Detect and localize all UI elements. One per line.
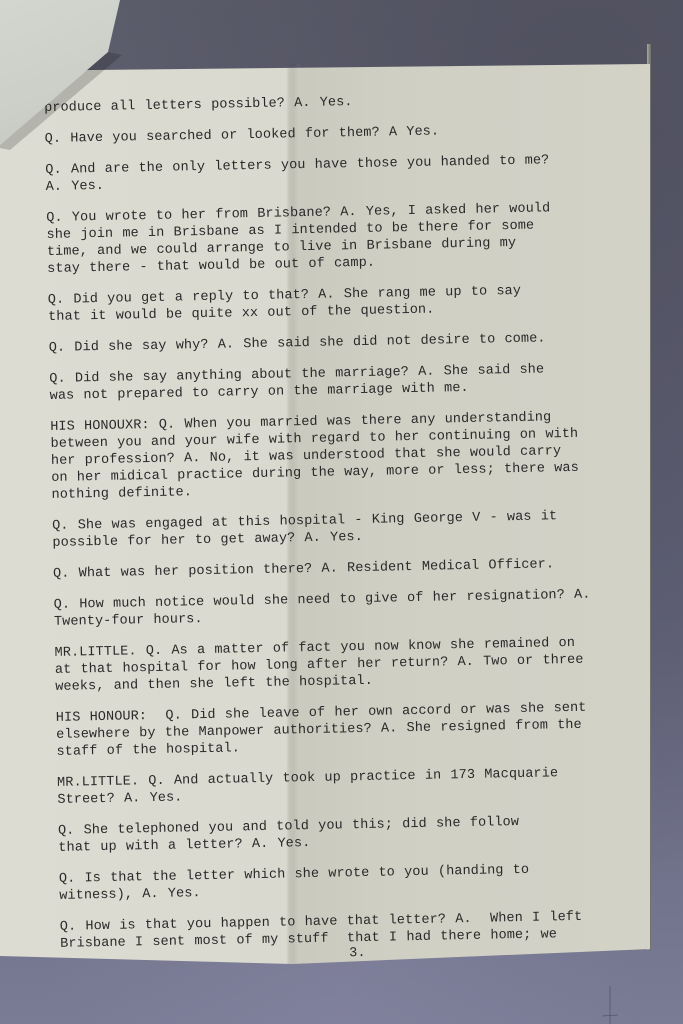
transcript-text: produce all letters possible? A. Yes. Q.…: [44, 89, 651, 968]
paragraph: Q. What was her position there? A. Resid…: [53, 555, 643, 583]
paragraph: Q. She was engaged at this hospital - Ki…: [52, 507, 643, 552]
paragraph: MR.LITTLE. Q. As a matter of fact you no…: [54, 634, 645, 696]
paragraph: Q. Did she say anything about the marria…: [49, 360, 640, 405]
paragraph: Q. Have you searched or looked for them?…: [45, 120, 635, 148]
paragraph: Q. How much notice would she need to giv…: [54, 586, 645, 631]
paragraph: HIS HONOUXR: Q. When you married was the…: [50, 408, 642, 504]
pencil-mark-icon: [600, 986, 620, 1024]
paragraph: Q. You wrote to her from Brisbane? A. Ye…: [46, 199, 637, 278]
paragraph: Q. Did she say why? A. She said she did …: [49, 329, 639, 357]
paragraph: Q. Did you get a reply to that? A. She r…: [48, 281, 639, 326]
paragraph: MR.LITTLE. Q. And actually took up pract…: [57, 764, 648, 809]
paragraph: Q. And are the only letters you have tho…: [45, 151, 636, 196]
paragraph: Q. She telephoned you and told you this;…: [58, 812, 649, 857]
paragraph: Q. Is that the letter which she wrote to…: [59, 860, 650, 905]
paragraph: HIS HONOUR: Q. Did she leave of her own …: [56, 699, 647, 761]
